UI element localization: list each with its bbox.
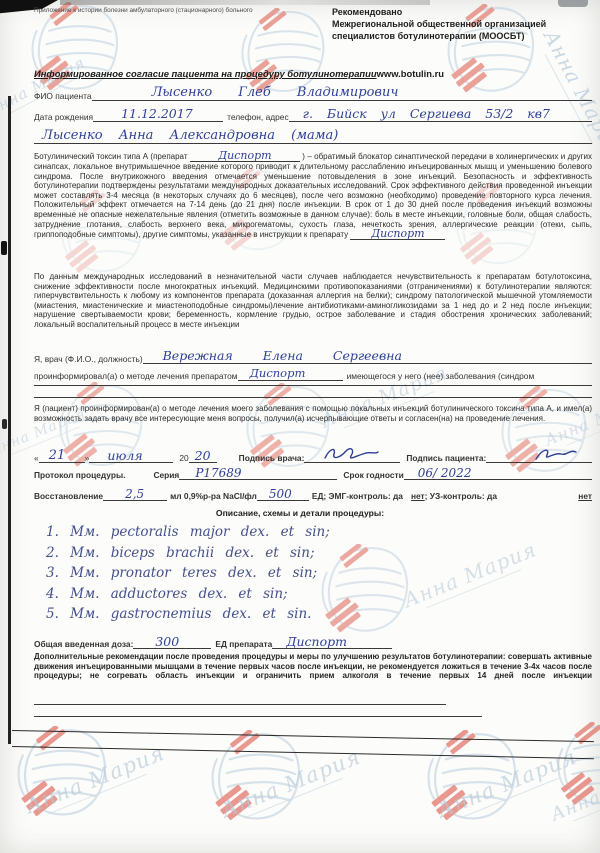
- clinic-logo-watermark: [426, 730, 524, 824]
- expiry-field: 06/ 2022: [404, 465, 592, 480]
- scan-mark: [1, 241, 7, 255]
- guardian-value: Лысенко Анна Александровна (мама): [42, 128, 338, 143]
- protocol-label: Протокол процедуры.: [34, 470, 125, 480]
- year-prefix: 20: [179, 453, 188, 463]
- units-field: 500: [257, 486, 309, 501]
- informed-label: проинформировал(а) о методе лечения преп…: [34, 371, 238, 381]
- nacl-label: мл 0,9%р-ра NaCl/фл: [170, 491, 257, 501]
- clinic-logo-watermark: [16, 726, 114, 820]
- dose-drug-field: Диспорт: [272, 634, 392, 649]
- procedure-list: 1. Мм. pectoralis major dex. et sin; 2. …: [46, 522, 330, 625]
- doctor-name-field: Вережная Елена Сергеевна: [143, 349, 592, 364]
- doctor-label: Я, врач (Ф.И.О., должность): [34, 354, 143, 364]
- patient-signature: [534, 446, 580, 462]
- title-text: Информированное согласие пациента на про…: [34, 68, 377, 79]
- paragraph1-after: ) – обратимый блокатор синаптической пер…: [34, 152, 592, 239]
- doctor-signature-label: Подпись врача:: [239, 453, 305, 463]
- drug-name-blank2: Диспорт: [350, 229, 445, 240]
- procedure-item: 3. Мм. pronator teres dex. et sin;: [46, 563, 330, 584]
- date-signature-row: « 21 » июля 20 20 Подпись врача: Подпись…: [34, 448, 592, 463]
- doctor-row: Я, врач (Ф.И.О., должность) Вережная Еле…: [34, 349, 592, 364]
- blank-rule: [34, 716, 482, 717]
- organization-line2: специалистов ботулинотерапии (МООСБТ): [332, 30, 594, 42]
- month-field: июля: [89, 448, 173, 463]
- month-value: июля: [107, 448, 142, 463]
- patient-signature-field: [486, 448, 592, 463]
- informed-drug-field: Диспорт: [238, 366, 343, 381]
- year-field: 20: [189, 448, 217, 463]
- units-value: 500: [269, 487, 292, 501]
- birthdate-label: Дата рождения: [34, 112, 93, 122]
- day-value: 21: [49, 448, 66, 463]
- drug-name-value2: Диспорт: [371, 227, 424, 240]
- volume-value: 2,5: [125, 487, 144, 501]
- clinic-name-watermark: Анна Мария: [400, 537, 541, 615]
- expiry-label: Срок годности: [343, 470, 403, 480]
- clinic-name-watermark: Анна Мария: [218, 745, 365, 825]
- dose-field: 300: [133, 634, 211, 649]
- total-dose-label: Общая введенная доза:: [34, 639, 133, 649]
- scan-edge-smudge: [60, 0, 430, 5]
- table-bottom-line: [12, 746, 594, 759]
- reconstitution-row: Восстановление 2,5 мл 0,9%р-ра NaCl/фл 5…: [34, 486, 592, 501]
- informed-row: проинформировал(а) о методе лечения преп…: [34, 366, 600, 381]
- blank-rule: [34, 704, 446, 705]
- informed-after-label: имеющегося у него (нее) заболевания (син…: [347, 371, 535, 381]
- document-title: Информированное согласие пациента на про…: [34, 68, 594, 79]
- organization-line1: Межрегиональной общественной организацие…: [332, 18, 594, 30]
- day-field: 21: [39, 448, 85, 463]
- recommended-by-block: Рекомендовано Межрегиональной общественн…: [332, 6, 594, 42]
- expiry-value: 06/ 2022: [418, 466, 472, 480]
- table-bottom-line: [12, 730, 594, 742]
- phone-address-field: г. Бийск ул Сергиева 53/2 кв7: [289, 107, 592, 122]
- phone-address-value: г. Бийск ул Сергиева 53/2 кв7: [303, 106, 550, 121]
- emg-control-label: ЕД; ЭМГ-контроль: да: [312, 491, 403, 501]
- scanned-consent-document: Анна Мария Анна Мария Анна Мария Анна Ма…: [0, 0, 600, 853]
- clinic-logo-watermark: [30, 2, 126, 94]
- procedure-item: 4. Мм. adductores dex. et sin;: [46, 584, 330, 605]
- doctor-signature: [322, 446, 380, 462]
- emg-no-value: нет: [411, 491, 425, 501]
- us-control-label: ; УЗ-контроль: да: [425, 491, 497, 501]
- patient-name-value: Лысенко Глеб Владимирович: [152, 85, 399, 100]
- clinic-logo-watermark: [320, 544, 416, 636]
- series-value: Р17689: [195, 466, 241, 480]
- patient-signature-label: Подпись пациента:: [406, 453, 486, 463]
- dose-drug-label: ЕД препарата: [215, 639, 272, 649]
- blank-rule: [34, 385, 592, 386]
- procedure-item: 1. Мм. pectoralis major dex. et sin;: [46, 522, 330, 543]
- reconstitution-label: Восстановление: [34, 491, 103, 501]
- clinic-name-watermark: Анна Мария: [548, 758, 600, 828]
- patient-name-label: ФИО пациента: [34, 91, 92, 101]
- doctor-signature-field: [304, 448, 400, 463]
- dose-value: 300: [155, 634, 179, 649]
- clinic-logo-watermark: [240, 8, 332, 96]
- year-value: 20: [195, 448, 211, 463]
- guardian-row: Лысенко Анна Александровна (мама): [34, 128, 592, 144]
- patient-name-field: Лысенко Глеб Владимирович: [92, 86, 592, 101]
- series-field: Р17689: [179, 465, 337, 480]
- scan-border-line: [8, 96, 11, 744]
- protocol-row: Протокол процедуры. Серия Р17689 Срок го…: [34, 465, 592, 480]
- procedure-item: 2. Мм. biceps brachii dex. et sin;: [46, 543, 330, 564]
- recommended-label: Рекомендовано: [332, 6, 594, 18]
- birthdate-field: 11.12.2017: [93, 107, 223, 122]
- doctor-name-value: Вережная Елена Сергеевна: [163, 348, 402, 363]
- birthdate-value: 11.12.2017: [121, 106, 193, 121]
- series-label: Серия: [153, 470, 179, 480]
- guardian-field: Лысенко Анна Александровна (мама): [34, 128, 592, 144]
- clinic-name-watermark: Анна Мария: [22, 741, 169, 821]
- birthdate-row: Дата рождения 11.12.2017 телефон, адрес …: [34, 107, 592, 122]
- title-url: www.botulin.ru: [377, 68, 444, 79]
- drug-name-blank: Диспорт: [190, 151, 300, 162]
- clinic-logo-watermark: [556, 722, 600, 808]
- contraindications-paragraph: По данным международных исследований в н…: [34, 272, 592, 330]
- volume-field: 2,5: [103, 486, 167, 501]
- patient-consent-paragraph: Я (пациент) проинформирован(а) о методе …: [34, 404, 592, 423]
- us-no-value: нет: [578, 491, 592, 501]
- form-subtitle: Приложение к истории болезни амбулаторно…: [34, 7, 302, 15]
- procedure-item: 5. Мм. gastrocnemius dex. et sin.: [46, 604, 330, 625]
- drug-info-paragraph: Ботулинический токсин типа А (препарат Д…: [34, 151, 592, 240]
- drug-name-value: Диспорт: [218, 149, 271, 162]
- informed-drug-value: Диспорт: [250, 366, 306, 380]
- dose-drug-value: Диспорт: [286, 634, 347, 649]
- scan-mark: [2, 419, 7, 429]
- blank-rule: [34, 397, 592, 398]
- patient-name-row: ФИО пациента Лысенко Глеб Владимирович: [34, 86, 592, 101]
- clinic-logo-watermark: [210, 730, 308, 824]
- phone-address-label: телефон, адрес: [227, 112, 289, 122]
- paragraph1-before: Ботулинический токсин типа А (препарат: [34, 152, 188, 161]
- total-dose-row: Общая введенная доза: 300 ЕД препарата Д…: [34, 634, 474, 649]
- procedure-heading: Описание, схемы и детали процедуры:: [0, 508, 600, 518]
- recommendations-paragraph: Дополнительные рекомендации после провед…: [34, 652, 592, 681]
